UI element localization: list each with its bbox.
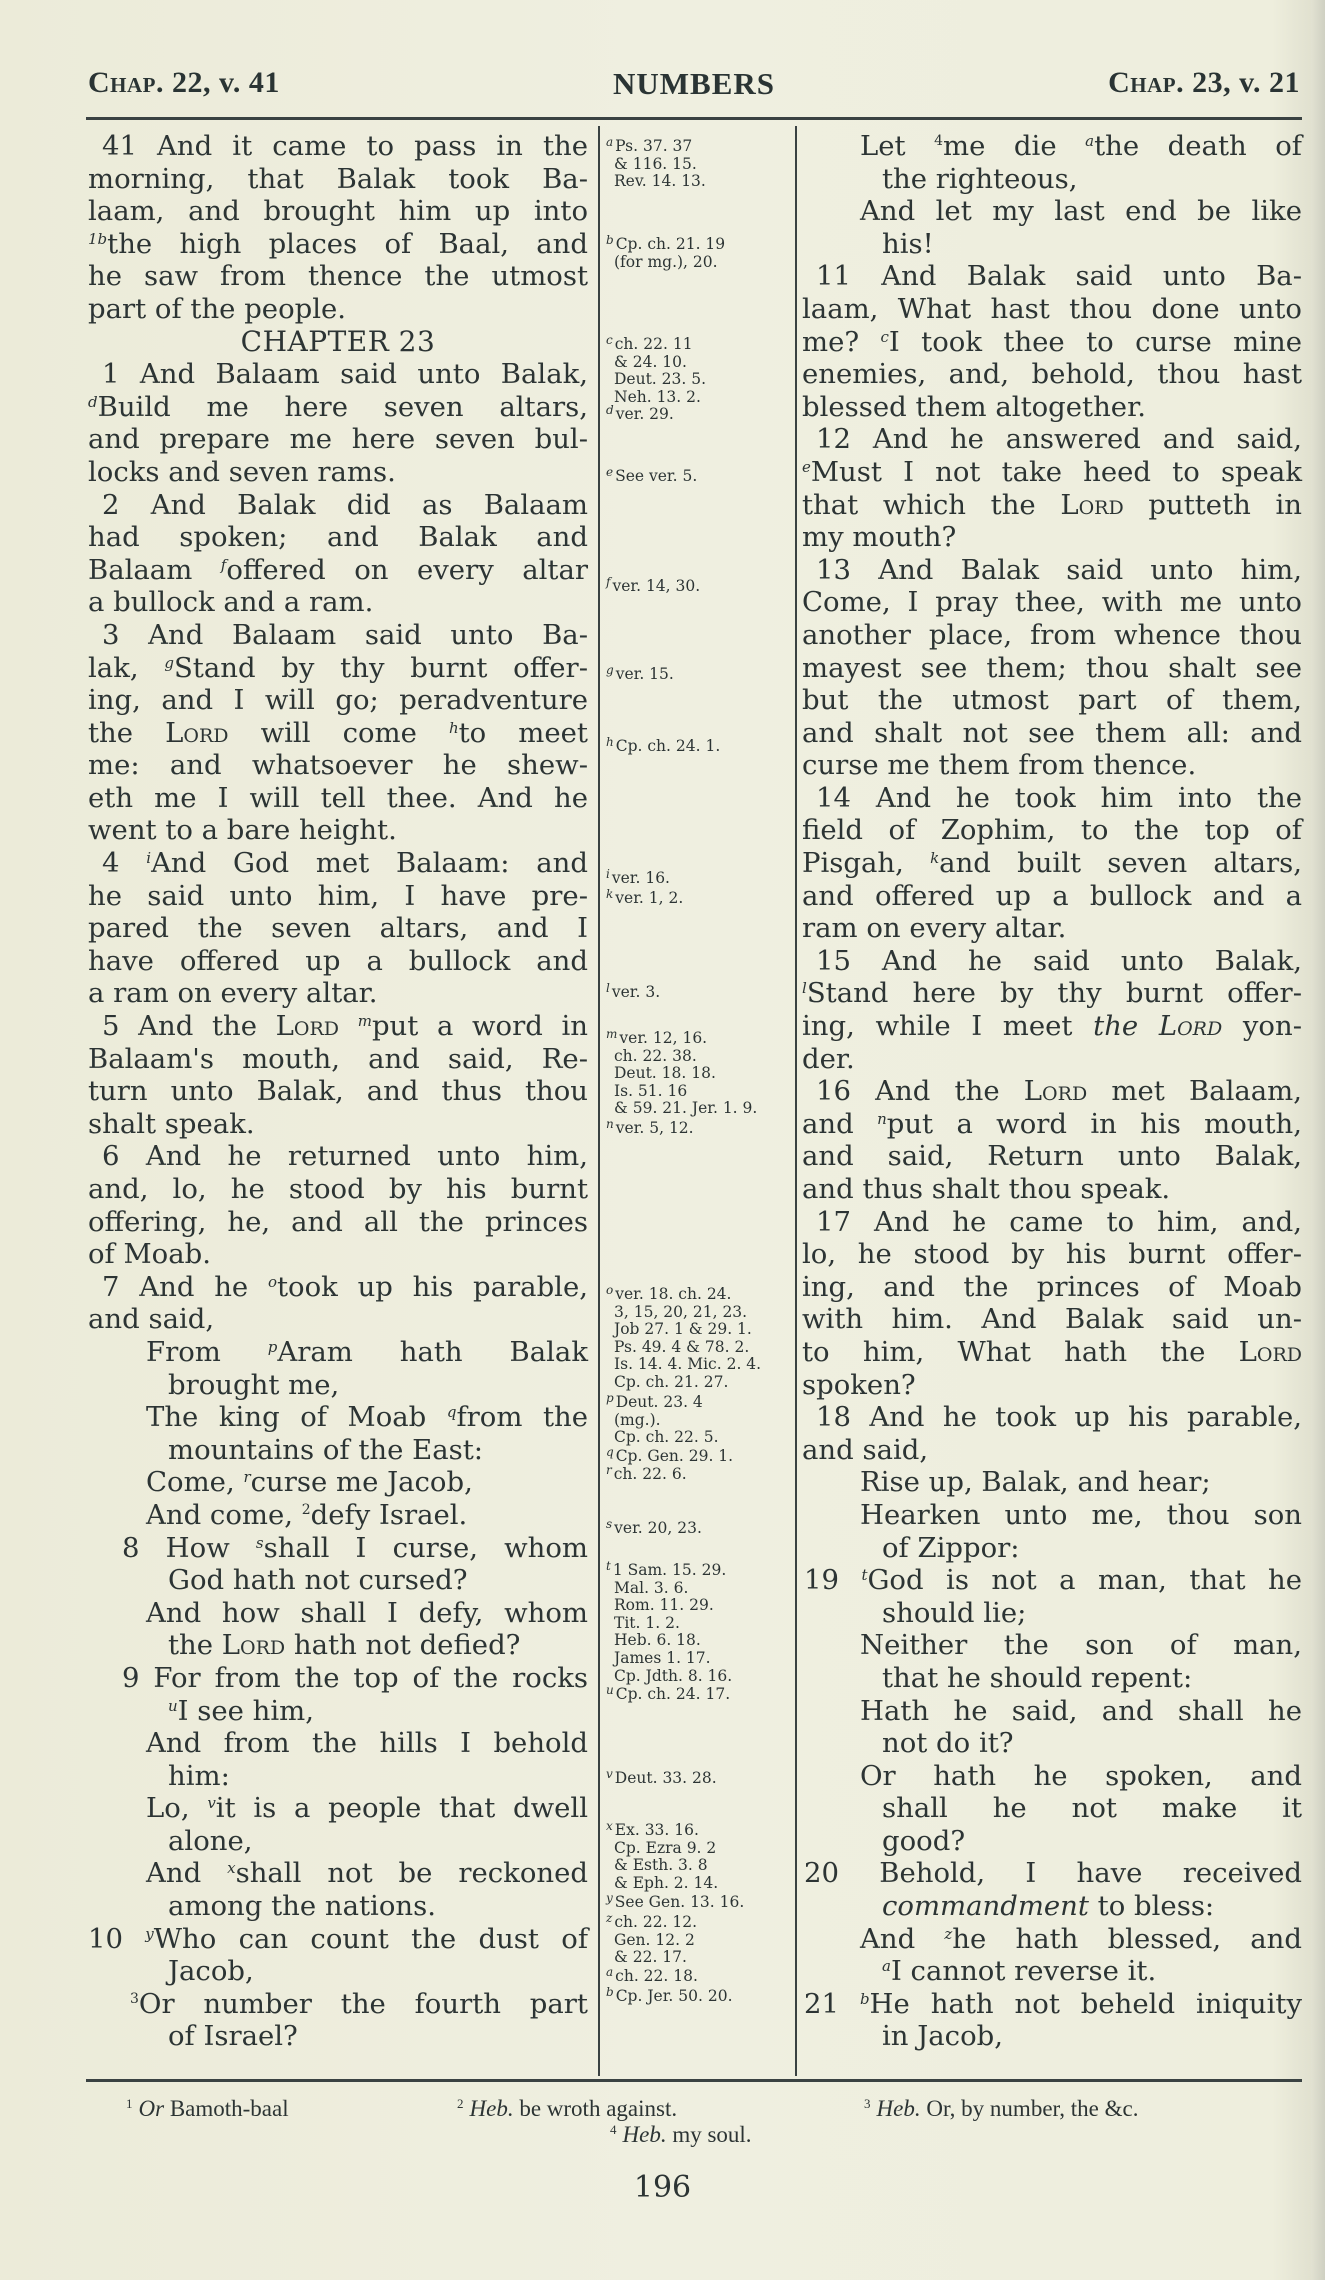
text-line: have offered up a bullock and [88,945,588,978]
footnote-abbreviation: Or [139,2096,165,2121]
text-line: laam, and brought him up into [88,195,588,228]
text-line: of Israel? [88,2020,588,2053]
text-line: der. [802,1043,1302,1076]
text-line: the Lord hath not defied? [88,1629,588,1662]
text-line: 13 And Balak said unto him, [802,554,1302,587]
divine-name: Lord [1060,489,1123,521]
cross-reference-b[interactable]: bCp. Jer. 50. 20. [606,1984,792,2006]
reference-line: & 24. 10. [606,354,792,372]
footnote-number: 3 [864,2096,871,2111]
text-line: and prepare me here seven bul- [88,423,588,456]
cross-reference-marker[interactable]: q [447,1403,457,1421]
italic-text: commandment [882,1890,1089,1922]
reference-letter: a [606,1965,613,1979]
reference-letter: a [606,135,613,149]
text-line: And how shall I defy, whom [88,1597,588,1630]
text-line: lak, gStand by thy burnt offer- [88,652,588,685]
text-line: alone, [88,1825,588,1858]
text-line: to him, What hath the Lord [802,1336,1302,1369]
text-line: enemies, and, behold, thou hast [802,358,1302,391]
cross-reference-o[interactable]: over. 18. ch. 24.3, 15, 20, 21, 23.Job 2… [606,1282,792,1392]
reference-letter: g [606,663,614,677]
text-line: 41 And it came to pass in the [88,130,588,163]
reference-line: Is. 14. 4. Mic. 2. 4. [606,1356,792,1374]
reference-line: xEx. 33. 16. [606,1818,792,1840]
cross-reference-y[interactable]: ySee Gen. 13. 16. [606,1890,792,1912]
footnote-marker[interactable]: 2 [302,1502,311,1518]
text-line: 7 And he otook up his parable, [88,1271,588,1304]
footnote-2: 2Heb. be wroth against. [457,2096,677,2122]
text-line: 6 And he returned unto him, [88,1140,588,1173]
cross-reference-n[interactable]: nver. 5, 12. [606,1116,792,1138]
cross-reference-marker[interactable]: d [88,393,98,411]
reference-line: fver. 14, 30. [606,574,792,596]
reference-line: Job 27. 1 & 29. 1. [606,1321,792,1339]
cross-reference-u[interactable]: uCp. ch. 24. 17. [606,1682,792,1704]
cross-reference-e[interactable]: eSee ver. 5. [606,464,792,486]
cross-reference-marker[interactable]: e [802,458,811,476]
text-line: and offered up a bullock and a [802,880,1302,913]
chapter-verse-end: 23, v. 21 [1192,66,1300,99]
reference-line: bCp. Jer. 50. 20. [606,1984,792,2006]
cross-reference-i[interactable]: iver. 16. [606,866,792,888]
text-line: a bullock and a ram. [88,586,588,619]
reference-line: (mg.). [606,1412,792,1430]
cross-reference-marker[interactable]: y [145,1925,153,1943]
column-divider-left [598,126,600,2076]
text-line: him: [88,1760,588,1793]
cross-reference-a[interactable]: aPs. 37. 37& 116. 15.Rev. 14. 13. [606,134,792,191]
cross-reference-z[interactable]: zch. 22. 12.Gen. 12. 2& 22. 17. [606,1910,792,1967]
text-line: Neither the son of man, [802,1629,1302,1662]
reference-letter: y [606,1891,613,1905]
text-line: part of the people. [88,293,588,326]
cross-reference-b[interactable]: bCp. ch. 21. 19(for mg.), 20. [606,232,792,271]
text-line: among the nations. [88,1890,588,1923]
text-line: curse me them from thence. [802,749,1302,782]
text-line: Hearken unto me, thou son [802,1499,1302,1532]
reference-letter: r [606,1463,612,1477]
cross-reference-f[interactable]: fver. 14, 30. [606,574,792,596]
text-line: 3Or number the fourth part [88,1988,588,2021]
reference-line: t1 Sam. 15. 29. [606,1558,792,1580]
reference-letter: d [606,403,614,417]
footnote-3: 3Heb. Or, by number, the &c. [864,2096,1138,2122]
text-line: morning, that Balak took Ba- [88,163,588,196]
header-rule [86,117,1302,120]
cross-reference-c[interactable]: cch. 22. 11& 24. 10.Deut. 23. 5.Neh. 13.… [606,332,792,406]
text-line: that which the Lord putteth in [802,489,1302,522]
text-line: 1 And Balaam said unto Balak, [88,358,588,391]
cross-reference-marker[interactable]: z [944,1925,952,1943]
cross-reference-r[interactable]: rch. 22. 6. [606,1462,792,1484]
text-line: had spoken; and Balak and [88,521,588,554]
cross-reference-marker[interactable]: n [877,1110,887,1128]
cross-reference-x[interactable]: xEx. 33. 16.Cp. Ezra 9. 2& Esth. 3. 8& E… [606,1818,792,1892]
cross-reference-k[interactable]: kver. 1, 2. [606,886,792,908]
cross-reference-marker[interactable]: b [860,1990,870,2008]
footnote-number: 4 [610,2122,617,2137]
text-line: ing, and the princes of Moab [802,1271,1302,1304]
divine-name: Lord [165,717,228,749]
reference-line: gver. 15. [606,662,792,684]
cross-reference-marker[interactable]: l [802,979,807,997]
text-line: Come, I pray thee, with me unto [802,586,1302,619]
text-line: And from the hills I behold [88,1727,588,1760]
footnote-abbreviation: Heb. [877,2096,921,2121]
footnote-number: 1 [126,2096,133,2111]
footnote-marker[interactable]: 3 [130,1991,139,2007]
reference-line: Rev. 14. 13. [606,173,792,191]
text-line: he saw from thence the utmost [88,260,588,293]
cross-reference-marker[interactable]: g [164,654,174,672]
text-line: the Lord will come hto meet [88,717,588,750]
footnote-number: 2 [457,2096,464,2111]
text-line: and said, Return unto Balak, [802,1140,1302,1173]
text-line: and, lo, he stood by his burnt [88,1173,588,1206]
cross-reference-marker[interactable]: i [146,849,151,867]
reference-letter: s [606,1517,612,1531]
text-line: and said, [88,1303,588,1336]
text-line: in Jacob, [802,2020,1302,2053]
cross-reference-marker[interactable]: p [268,1338,278,1356]
text-line: dBuild me here seven altars, [88,391,588,424]
reference-line: aPs. 37. 37 [606,134,792,156]
cross-reference-marker[interactable]: t [861,1566,867,1584]
reference-line: iver. 16. [606,866,792,888]
text-line: lo, he stood by his burnt offer- [802,1238,1302,1271]
reference-letter: i [606,867,610,881]
page-number: 196 [0,2170,1325,2205]
reference-line: James 1. 17. [606,1650,792,1668]
text-line: God hath not cursed? [88,1564,588,1597]
running-head: Chap. 22, v. 41 NUMBERS Chap. 23, v. 21 [88,66,1300,110]
reference-line: dver. 29. [606,402,792,424]
text-line: good? [802,1825,1302,1858]
text-line: 15 And he said unto Balak, [802,945,1302,978]
text-line: Let 4me die athe death of [802,130,1302,163]
reference-line: Heb. 6. 18. [606,1632,792,1650]
cross-reference-marker[interactable]: m [358,1012,372,1030]
text-line: pared the seven altars, and I [88,912,588,945]
cross-reference-v[interactable]: vDeut. 33. 28. [606,1766,792,1788]
text-line: brought me, [88,1369,588,1402]
reference-line: Cp. ch. 21. 27. [606,1374,792,1392]
cross-reference-marker[interactable]: a [882,1957,891,1975]
reference-line: zch. 22. 12. [606,1910,792,1932]
reference-line: & Esth. 3. 8 [606,1857,792,1875]
divine-name: Lord [276,1010,339,1042]
text-line: the righteous, [802,163,1302,196]
text-line: 14 And he took him into the [802,782,1302,815]
text-line: mountains of the East: [88,1434,588,1467]
cross-reference-marker[interactable]: r [243,1468,250,1486]
reference-letter: v [606,1767,613,1781]
reference-line: Tit. 1. 2. [606,1615,792,1633]
text-line: 3 And Balaam said unto Ba- [88,619,588,652]
text-line: that he should repent: [802,1662,1302,1695]
footer-rule [86,2079,1302,2082]
reference-line: ach. 22. 18. [606,1964,792,1986]
reference-line: Is. 51. 16 [606,1083,792,1101]
reference-line: Deut. 23. 5. [606,371,792,389]
text-line: and shalt not see them all: and [802,717,1302,750]
reference-letter: f [606,575,610,589]
cross-reference-m[interactable]: mver. 12, 16.ch. 22. 38.Deut. 18. 18.Is.… [606,1026,792,1118]
text-line: Hath he said, and shall he [802,1695,1302,1728]
text-line: Jacob, [88,1955,588,1988]
cross-reference-marker[interactable]: k [930,849,939,867]
page-edge [1311,0,1325,2280]
text-line: not do it? [802,1727,1302,1760]
running-head-right: Chap. 23, v. 21 [1108,66,1300,100]
text-line: Rise up, Balak, and hear; [802,1466,1302,1499]
reference-line: ySee Gen. 13. 16. [606,1890,792,1912]
footnote-marker[interactable]: 4 [934,133,943,149]
text-line: And let my last end be like [802,195,1302,228]
cross-reference-marker[interactable]: 1b [88,230,107,248]
cross-reference-p[interactable]: pDeut. 23. 4(mg.).Cp. ch. 22. 5. [606,1390,792,1447]
cross-reference-marker[interactable]: h [449,719,459,737]
reference-line: eSee ver. 5. [606,464,792,486]
text-line: ing, and I will go; peradventure [88,684,588,717]
reference-line: 3, 15, 20, 21, 23. [606,1304,792,1322]
cross-reference-marker[interactable]: a [1085,132,1094,150]
cross-reference-marker[interactable]: c [881,328,889,346]
reference-line: over. 18. ch. 24. [606,1282,792,1304]
text-line: ing, while I meet the Lord yon- [802,1010,1302,1043]
left-text-column: 41 And it came to pass in themorning, th… [88,130,588,2053]
cross-reference-a[interactable]: ach. 22. 18. [606,1964,792,1986]
text-line: with him. And Balak said un- [802,1303,1302,1336]
text-line: locks and seven rams. [88,456,588,489]
text-line: 11 And Balak said unto Ba- [802,260,1302,293]
text-line: Or hath he spoken, and [802,1760,1302,1793]
text-line: lStand here by thy burnt offer- [802,977,1302,1010]
text-line: 21 bHe hath not beheld iniquity [802,1988,1302,2021]
cross-reference-l[interactable]: lver. 3. [606,980,792,1002]
cross-reference-marker[interactable]: u [168,1697,178,1715]
text-line: Lo, vit is a people that dwell [88,1792,588,1825]
text-line: his! [802,228,1302,261]
reference-letter: h [606,735,614,749]
reference-letter: b [606,233,614,247]
reference-line: uCp. ch. 24. 17. [606,1682,792,1704]
reference-line: lver. 3. [606,980,792,1002]
text-line: a ram on every altar. [88,977,588,1010]
text-line: me: and whatsoever he shew- [88,749,588,782]
reference-line: kver. 1, 2. [606,886,792,908]
cross-reference-t[interactable]: t1 Sam. 15. 29.Mal. 3. 6.Rom. 11. 29.Tit… [606,1558,792,1685]
text-line: he said unto him, I have pre- [88,880,588,913]
reference-letter: n [606,1117,614,1131]
text-line: and said, [802,1434,1302,1467]
text-line: 8 How sshall I curse, whom [88,1532,588,1565]
text-line: Balaam's mouth, and said, Re- [88,1043,588,1076]
reference-line: sver. 20, 23. [606,1516,792,1538]
text-line: Balaam foffered on every altar [88,554,588,587]
text-line: 10 yWho can count the dust of [88,1923,588,1956]
reference-line: Mal. 3. 6. [606,1580,792,1598]
reference-line: Cp. Ezra 9. 2 [606,1840,792,1858]
text-line: eth me I will tell thee. And he [88,782,588,815]
reference-line: mver. 12, 16. [606,1026,792,1048]
text-line: field of Zophim, to the top of [802,814,1302,847]
text-line: blessed them altogether. [802,391,1302,424]
reference-letter: l [606,981,610,995]
footnote-4: 4Heb. my soul. [610,2122,752,2148]
text-line: and nput a word in his mouth, [802,1108,1302,1141]
cross-reference-marker[interactable]: f [221,556,227,574]
text-line: From pAram hath Balak [88,1336,588,1369]
reference-line: vDeut. 33. 28. [606,1766,792,1788]
divine-name: Lord [1159,1010,1222,1042]
text-line: but the utmost part of them, [802,684,1302,717]
reference-letter: k [606,887,613,901]
footnote-abbreviation: Heb. [623,2122,667,2147]
text-line: ram on every altar. [802,912,1302,945]
text-line: turn unto Balak, and thus thou [88,1075,588,1108]
text-line: commandment to bless: [802,1890,1302,1923]
text-line: And zhe hath blessed, and [802,1923,1302,1956]
text-line: my mouth? [802,521,1302,554]
reference-letter: z [606,1911,612,1925]
reference-line: (for mg.), 20. [606,254,792,272]
reference-line: Deut. 18. 18. [606,1065,792,1083]
reference-letter: e [606,465,613,479]
reference-line: Gen. 12. 2 [606,1932,792,1950]
divine-name: Lord [222,1629,285,1661]
reference-line: pDeut. 23. 4 [606,1390,792,1412]
reference-letter: q [606,1445,614,1459]
text-line: 17 And he came to him, and, [802,1206,1302,1239]
cross-reference-marker[interactable]: x [227,1859,235,1877]
text-line: shalt speak. [88,1108,588,1141]
cross-reference-marker[interactable]: v [207,1794,215,1812]
cross-reference-g[interactable]: gver. 15. [606,662,792,684]
reference-line: bCp. ch. 21. 19 [606,232,792,254]
text-line: 18 And he took up his parable, [802,1401,1302,1434]
text-line: The king of Moab qfrom the [88,1401,588,1434]
italic-text: the Lord [1093,1010,1222,1042]
reference-letter: m [606,1027,617,1041]
reference-letter: c [606,333,613,347]
footnote-abbreviation: Heb. [470,2096,514,2121]
text-line: offering, he, and all the princes [88,1206,588,1239]
cross-reference-h[interactable]: hCp. ch. 24. 1. [606,734,792,756]
text-line: another place, from whence thou [802,619,1302,652]
reference-line: Rom. 11. 29. [606,1597,792,1615]
reference-line: nver. 5, 12. [606,1116,792,1138]
reference-line: hCp. ch. 24. 1. [606,734,792,756]
reference-letter: p [606,1391,614,1405]
reference-letter: o [606,1283,613,1297]
text-line: spoken? [802,1369,1302,1402]
text-line: Pisgah, kand built seven altars, [802,847,1302,880]
reference-line: cch. 22. 11 [606,332,792,354]
text-line: Come, rcurse me Jacob, [88,1466,588,1499]
text-line: 2 And Balak did as Balaam [88,489,588,522]
text-line: aI cannot reverse it. [802,1955,1302,1988]
text-line: 9 For from the top of the rocks [88,1662,588,1695]
text-line: And come, 2defy Israel. [88,1499,588,1532]
text-line: went to a bare height. [88,814,588,847]
text-line: 12 And he answered and said, [802,423,1302,456]
cross-reference-marker[interactable]: s [256,1534,264,1552]
text-line: eMust I not take heed to speak [802,456,1302,489]
reference-letter: t [606,1559,611,1573]
reference-line: rch. 22. 6. [606,1462,792,1484]
chapter-heading: CHAPTER 23 [88,326,588,359]
divine-name: Lord [1239,1336,1302,1368]
text-line: me? cI took thee to curse mine [802,326,1302,359]
reference-letter: u [606,1683,614,1697]
text-line: 5 And the Lord mput a word in [88,1010,588,1043]
text-line: And xshall not be reckoned [88,1857,588,1890]
text-line: laam, What hast thou done unto [802,293,1302,326]
text-line: 1bthe high places of Baal, and [88,228,588,261]
divine-name: Lord [1024,1075,1087,1107]
footnote-1: 1Or Bamoth-baal [126,2096,289,2122]
reference-letter: b [606,1985,614,1999]
cross-reference-d[interactable]: dver. 29. [606,402,792,424]
text-line: 16 And the Lord met Balaam, [802,1075,1302,1108]
text-line: 19 tGod is not a man, that he [802,1564,1302,1597]
text-line: 20 Behold, I have received [802,1857,1302,1890]
reference-line: ch. 22. 38. [606,1048,792,1066]
chapter-label: Chap. [1108,66,1184,99]
text-line: 4 iAnd God met Balaam: and [88,847,588,880]
text-line: mayest see them; thou shalt see [802,652,1302,685]
text-line: of Zippor: [802,1532,1302,1565]
column-divider-right [795,126,797,2076]
reference-letter: x [606,1819,613,1833]
cross-reference-s[interactable]: sver. 20, 23. [606,1516,792,1538]
reference-line: & 116. 15. [606,156,792,174]
text-line: and thus shalt thou speak. [802,1173,1302,1206]
text-line: shall he not make it [802,1792,1302,1825]
text-line: should lie; [802,1597,1302,1630]
text-line: of Moab. [88,1238,588,1271]
right-text-column: Let 4me die athe death ofthe righteous,A… [802,130,1302,2053]
cross-reference-marker[interactable]: o [268,1273,277,1291]
reference-line: Ps. 49. 4 & 78. 2. [606,1339,792,1357]
text-line: uI see him, [88,1695,588,1728]
